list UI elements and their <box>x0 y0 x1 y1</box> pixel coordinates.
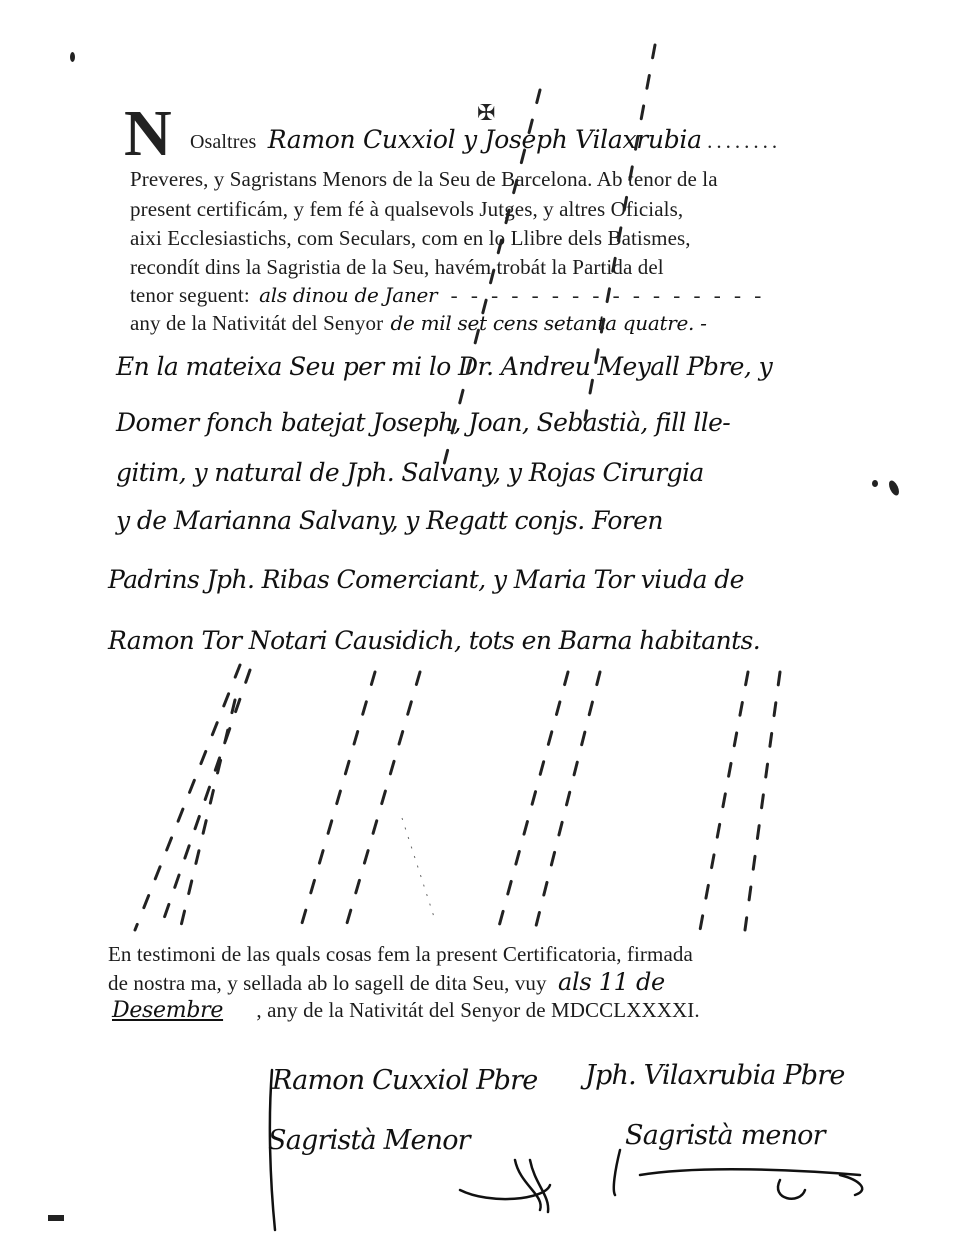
tenor-print: tenor seguent: <box>130 283 250 307</box>
closing-line-2-print: de nostra ma, y sellada ab lo sagell de … <box>108 971 547 995</box>
drop-cap-letter: N <box>124 104 172 164</box>
any-print: any de la Nativitát del Senyor <box>130 311 383 335</box>
closing-year-print: , any de la Nativitát del Senyor de MDCC… <box>256 998 699 1022</box>
closing-line-3: Desembre , any de la Nativitát del Senyo… <box>112 998 700 1023</box>
document-page: ✠ N Osaltres Ramon Cuxxiol y Joseph Vila… <box>0 0 954 1237</box>
opening-print: Osaltres <box>190 131 256 153</box>
entry-line-1: En la mateixa Seu per mi lo Dr. Andreu M… <box>116 352 772 381</box>
printed-line-2: present certificám, y fem fé à qualsevol… <box>130 197 683 221</box>
any-line: any de la Nativitát del Senyor de mil se… <box>130 311 707 335</box>
closing-day-handwritten: als 11 de <box>558 968 665 996</box>
any-year-handwritten: de mil set cens setanta quatre. - <box>391 311 707 335</box>
entry-line-5: Padrins Jph. Ribas Comerciant, y Maria T… <box>108 565 744 594</box>
tenor-date-handwritten: als dinou de Janer <box>259 283 437 307</box>
ink-speck <box>872 480 878 487</box>
closing-line-2: de nostra ma, y sellada ab lo sagell de … <box>108 970 665 995</box>
cross-symbol-icon: ✠ <box>477 100 495 126</box>
closing-line-1: En testimoni de las quals cosas fem la p… <box>108 942 693 966</box>
signature-left-name: Ramon Cuxxiol Pbre <box>272 1065 537 1096</box>
opening-handwritten-names: Ramon Cuxxiol y Joseph Vilaxrubia <box>268 125 702 154</box>
entry-line-3: gitim, y natural de Jph. Salvany, y Roja… <box>116 458 704 487</box>
signature-right-title: Sagristà menor <box>625 1120 825 1151</box>
ink-speck <box>887 479 901 497</box>
entry-line-2: Domer fonch batejat Joseph, Joan, Sebast… <box>116 408 730 437</box>
closing-month-handwritten: Desembre <box>112 998 223 1023</box>
tenor-dashes: - - - - - - - - - - - - - - - - <box>451 283 766 307</box>
entry-line-4: y de Marianna Salvany, y Regatt conjs. F… <box>116 506 663 535</box>
edge-mark <box>48 1215 64 1221</box>
opening-line: Osaltres Ramon Cuxxiol y Joseph Vilaxrub… <box>190 128 781 154</box>
opening-dashes: ........ <box>707 129 781 153</box>
signature-right-name: Jph. Vilaxrubia Pbre <box>585 1060 845 1091</box>
tenor-line: tenor seguent: als dinou de Janer - - - … <box>130 283 765 307</box>
printed-line-3: aixi Ecclesiastichs, com Seculars, com e… <box>130 226 691 250</box>
signature-left-title: Sagristà Menor <box>268 1125 470 1156</box>
printed-line-1: Preveres, y Sagristans Menors de la Seu … <box>130 167 718 191</box>
entry-line-6: Ramon Tor Notari Causidich, tots en Barn… <box>108 626 760 655</box>
printed-line-4: recondít dins la Sagristia de la Seu, ha… <box>130 255 664 279</box>
ink-speck <box>70 52 75 62</box>
